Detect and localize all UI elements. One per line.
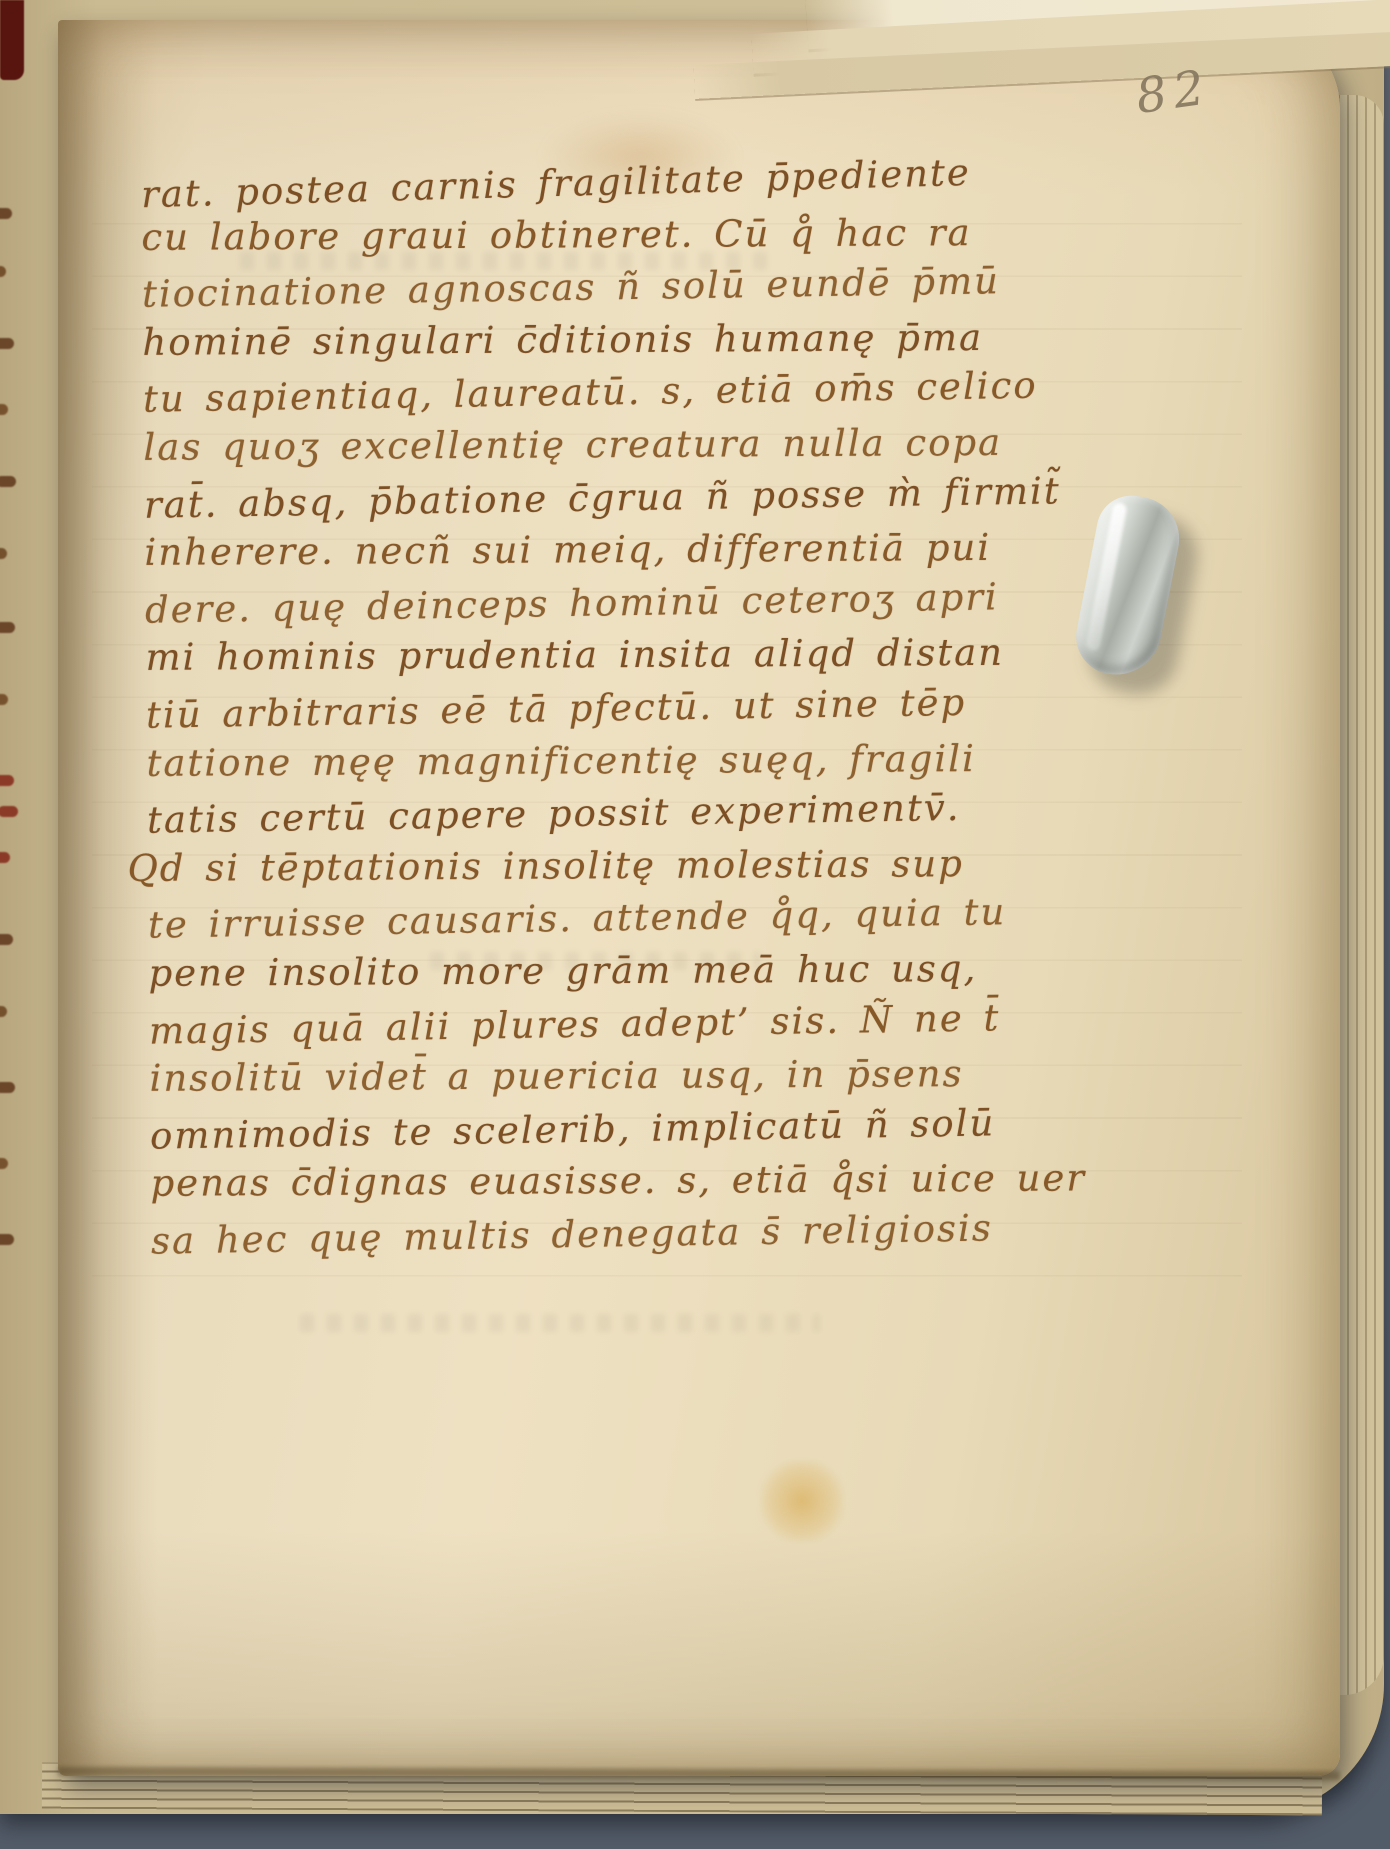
ink-show-through [300, 1314, 820, 1332]
folio-number: 82 [1132, 59, 1214, 125]
text-block: rat. postea carnis fragilitate p̄pedient… [141, 151, 1132, 1265]
parchment-stain-bottom [760, 1460, 844, 1542]
binding-corner [0, 0, 24, 80]
manuscript-text-line: tiū arbitraris eē tā pfectū. ut sine tēp [146, 674, 1127, 742]
manuscript-text-line: pene insolito more grām meā huc usq, [148, 942, 1128, 1000]
manuscript-photo: 82 rat. postea carnis fragilitate p̄pedi… [0, 0, 1390, 1849]
